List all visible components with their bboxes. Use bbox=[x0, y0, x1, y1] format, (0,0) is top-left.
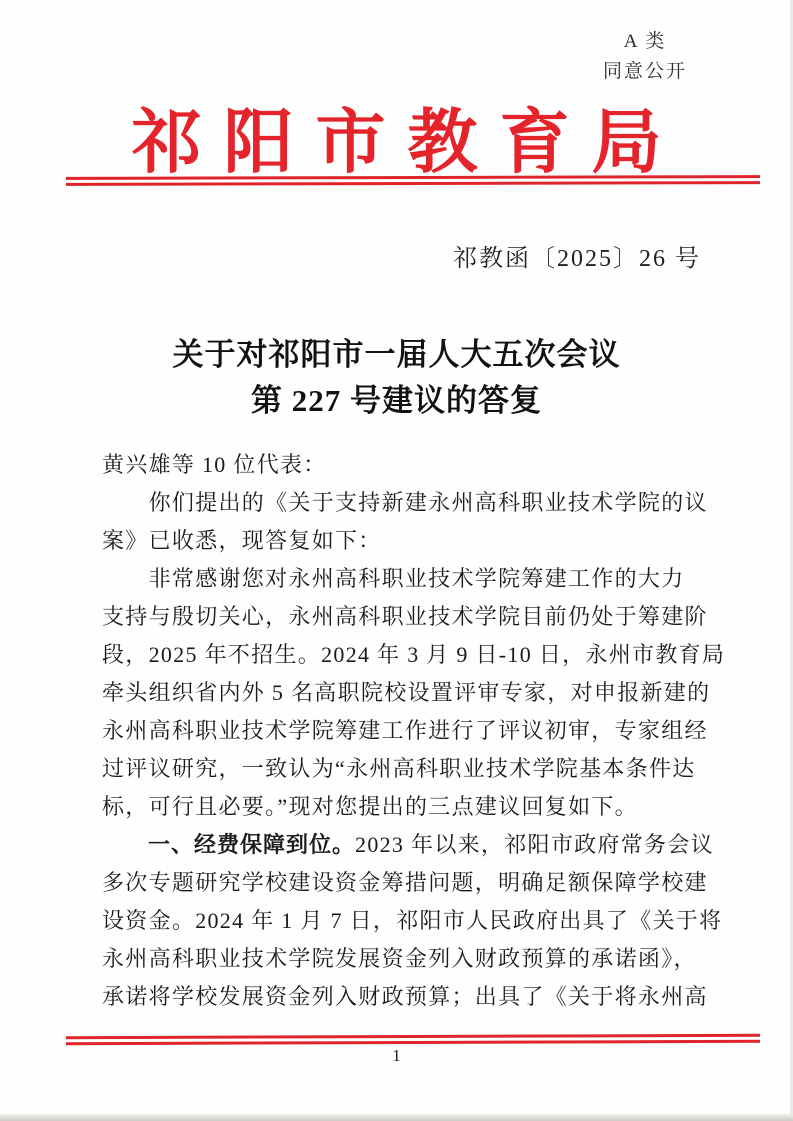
body-line-text: 标，可行且必要。”现对您提出的三点建议回复如下。 bbox=[102, 794, 638, 819]
classification-block: A 类 同意公开 bbox=[603, 27, 687, 87]
body-line-text: 你们提出的《关于支持新建永州高科职业技术学院的议 bbox=[102, 490, 708, 515]
body-line: 设资金。2024 年 1 月 7 日，祁阳市人民政府出具了《关于将 bbox=[102, 902, 718, 940]
body-line-text: 多次专题研究学校建设资金筹措问题，明确足额保障学校建 bbox=[102, 870, 708, 895]
body-line-text: 承诺将学校发展资金列入财政预算；出具了《关于将永州高 bbox=[102, 984, 708, 1009]
page-number: 1 bbox=[0, 1046, 793, 1066]
body-line: 一、经费保障到位。2023 年以来，祁阳市政府常务会议 bbox=[102, 826, 718, 864]
body-line: 黄兴雄等 10 位代表： bbox=[102, 446, 718, 484]
body-line-text: 黄兴雄等 10 位代表： bbox=[102, 452, 327, 477]
body-line-text: 非常感谢您对永州高科职业技术学院筹建工作的大力 bbox=[102, 566, 685, 591]
body-line-text: 过评议研究，一致认为“永州高科职业技术学院基本条件达 bbox=[102, 756, 696, 781]
agency-name-heading: 祁阳市教育局 bbox=[0, 86, 793, 187]
body-line-text: 牵头组织省内外 5 名高职院校设置评审专家，对申报新建的 bbox=[102, 680, 710, 705]
body-line: 段，2025 年不招生。2024 年 3 月 9 日-10 日，永州市教育局 bbox=[102, 636, 718, 674]
body-line: 标，可行且必要。”现对您提出的三点建议回复如下。 bbox=[102, 788, 718, 826]
header-separator-line bbox=[66, 175, 760, 186]
body-line-text: 2023 年以来，祁阳市政府常务会议 bbox=[355, 832, 714, 857]
scan-edge-artifact bbox=[0, 1114, 793, 1121]
body-line-text: 永州高科职业技术学院发展资金列入财政预算的承诺函》， bbox=[102, 946, 697, 971]
body-line: 案》已收悉，现答复如下： bbox=[102, 522, 718, 560]
body-line-text: 段，2025 年不招生。2024 年 3 月 9 日-10 日，永州市教育局 bbox=[102, 642, 725, 667]
body-line-text: 设资金。2024 年 1 月 7 日，祁阳市人民政府出具了《关于将 bbox=[102, 908, 722, 933]
body-line: 你们提出的《关于支持新建永州高科职业技术学院的议 bbox=[102, 484, 718, 522]
body-line: 承诺将学校发展资金列入财政预算；出具了《关于将永州高 bbox=[102, 978, 718, 1016]
body-line: 永州高科职业技术学院发展资金列入财政预算的承诺函》， bbox=[102, 940, 718, 978]
body-line-text: 案》已收悉，现答复如下： bbox=[102, 528, 382, 553]
publicity-status: 同意公开 bbox=[603, 57, 687, 87]
footer-separator-line bbox=[66, 1034, 760, 1045]
document-title-line1: 关于对祁阳市一届人大五次会议 bbox=[0, 332, 793, 378]
classification-level: A 类 bbox=[603, 27, 687, 57]
body-line: 多次专题研究学校建设资金筹措问题，明确足额保障学校建 bbox=[102, 864, 718, 902]
body-line: 过评议研究，一致认为“永州高科职业技术学院基本条件达 bbox=[102, 750, 718, 788]
body-line: 非常感谢您对永州高科职业技术学院筹建工作的大力 bbox=[102, 560, 718, 598]
document-page: A 类 同意公开 祁阳市教育局 祁教函〔2025〕26 号 关于对祁阳市一届人大… bbox=[0, 0, 793, 1121]
body-line-text: 永州高科职业技术学院筹建工作进行了评议初审，专家组经 bbox=[102, 718, 708, 743]
body-line: 永州高科职业技术学院筹建工作进行了评议初审，专家组经 bbox=[102, 712, 718, 750]
body-line: 牵头组织省内外 5 名高职院校设置评审专家，对申报新建的 bbox=[102, 674, 718, 712]
document-title: 关于对祁阳市一届人大五次会议 第 227 号建议的答复 bbox=[0, 332, 793, 424]
document-title-line2: 第 227 号建议的答复 bbox=[0, 378, 793, 424]
body-line-bold-segment: 一、经费保障到位。 bbox=[102, 832, 355, 857]
body-line: 支持与殷切关心，永州高科职业技术学院目前仍处于筹建阶 bbox=[102, 598, 718, 636]
body-line-text: 支持与殷切关心，永州高科职业技术学院目前仍处于筹建阶 bbox=[102, 604, 708, 629]
document-body: 黄兴雄等 10 位代表： 你们提出的《关于支持新建永州高科职业技术学院的议案》已… bbox=[102, 446, 718, 1016]
document-number: 祁教函〔2025〕26 号 bbox=[453, 238, 701, 273]
